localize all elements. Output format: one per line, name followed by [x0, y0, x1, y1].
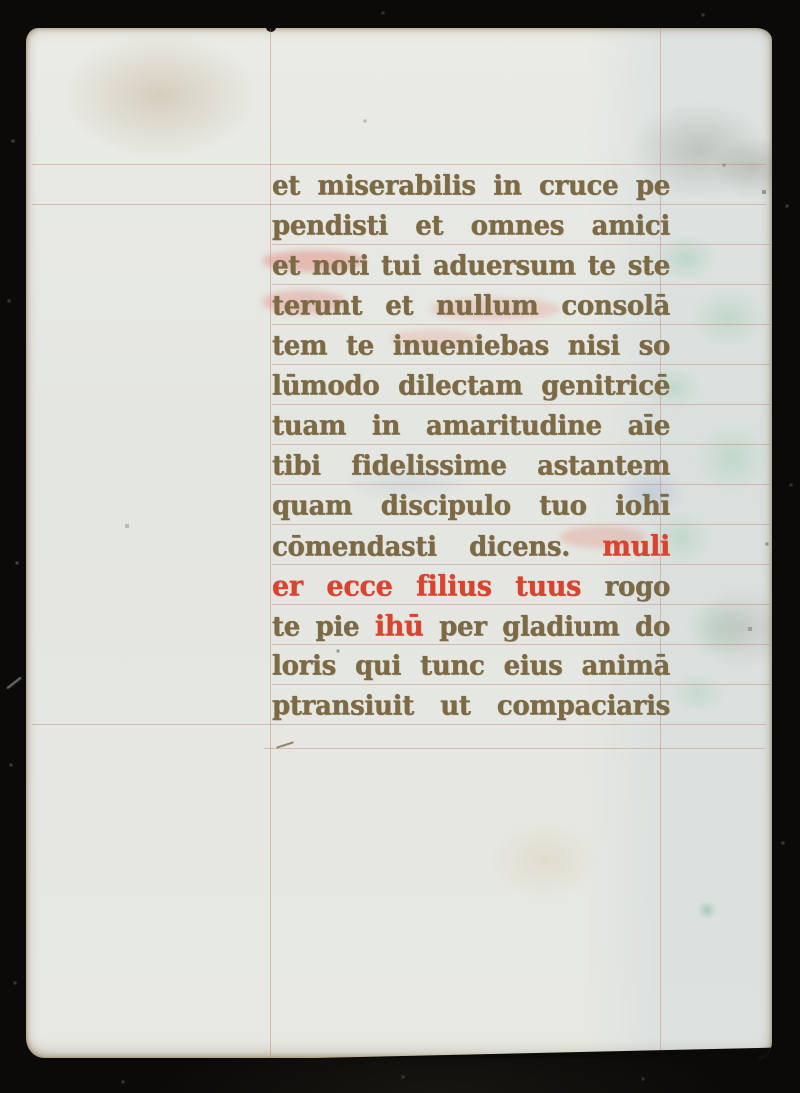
- parchment-flecks: [26, 28, 28, 30]
- ink-text: tem te inueniebas nisi so: [272, 330, 670, 362]
- manuscript-line: er ecce filius tuus rogo: [272, 566, 670, 608]
- scratch-mark: [6, 677, 21, 690]
- rubric-text: er ecce filius tuus: [272, 570, 605, 603]
- ink-text: cōmendasti dicens.: [272, 531, 602, 563]
- rubric-text: ihū: [375, 610, 424, 643]
- ink-text: et noti tui aduersum te ste: [272, 250, 670, 282]
- manuscript-line: cōmendasti dicens. muli: [272, 526, 670, 568]
- top-edge-notch: [266, 28, 276, 32]
- ink-text: per gladium do: [424, 611, 670, 643]
- ink-text: tibi fidelissime astantem: [272, 450, 670, 482]
- manuscript-line: loris qui tunc eius animā: [272, 646, 670, 688]
- ink-text: rogo: [605, 571, 670, 603]
- ink-text: te pie: [272, 611, 375, 643]
- ink-text: lūmodo dilectam genitricē: [272, 370, 670, 402]
- manuscript-line: et noti tui aduersum te ste: [272, 246, 670, 288]
- ruling-line-horizontal: [32, 164, 766, 165]
- manuscript-line: et miserabilis in cruce pe: [272, 166, 670, 208]
- rubric-text: muli: [602, 530, 670, 563]
- ruling-line-horizontal: [264, 748, 764, 749]
- manuscript-line: ptransiuit ut compaciaris: [272, 686, 670, 728]
- scanner-dust-specks: [0, 0, 2, 2]
- ink-text: pendisti et omnes amici: [272, 210, 670, 242]
- manuscript-line: te pie ihū per gladium do: [272, 606, 670, 648]
- scribal-flourish: [276, 741, 294, 748]
- ink-text: ptransiuit ut compaciaris: [272, 690, 670, 722]
- ink-text: loris qui tunc eius animā: [272, 650, 670, 682]
- manuscript-line: terunt et nullum consolā: [272, 286, 670, 328]
- ink-text: terunt et nullum consolā: [272, 290, 670, 322]
- manuscript-line: quam discipulo tuo iohī: [272, 486, 670, 528]
- manuscript-leaf: et miserabilis in cruce pependisti et om…: [26, 28, 772, 1058]
- ink-text: tuam in amaritudine aīe: [272, 410, 670, 442]
- manuscript-line: pendisti et omnes amici: [272, 206, 670, 248]
- ruling-line-vertical: [270, 28, 271, 1058]
- manuscript-line: tuam in amaritudine aīe: [272, 406, 670, 448]
- leaf-bottom-edge: [316, 1046, 772, 1058]
- manuscript-line: lūmodo dilectam genitricē: [272, 366, 670, 408]
- ink-text: et miserabilis in cruce pe: [272, 170, 670, 202]
- manuscript-line: tibi fidelissime astantem: [272, 446, 670, 488]
- text-block: et miserabilis in cruce pependisti et om…: [272, 166, 670, 726]
- manuscript-line: tem te inueniebas nisi so: [272, 326, 670, 368]
- ink-text: quam discipulo tuo iohī: [272, 490, 670, 522]
